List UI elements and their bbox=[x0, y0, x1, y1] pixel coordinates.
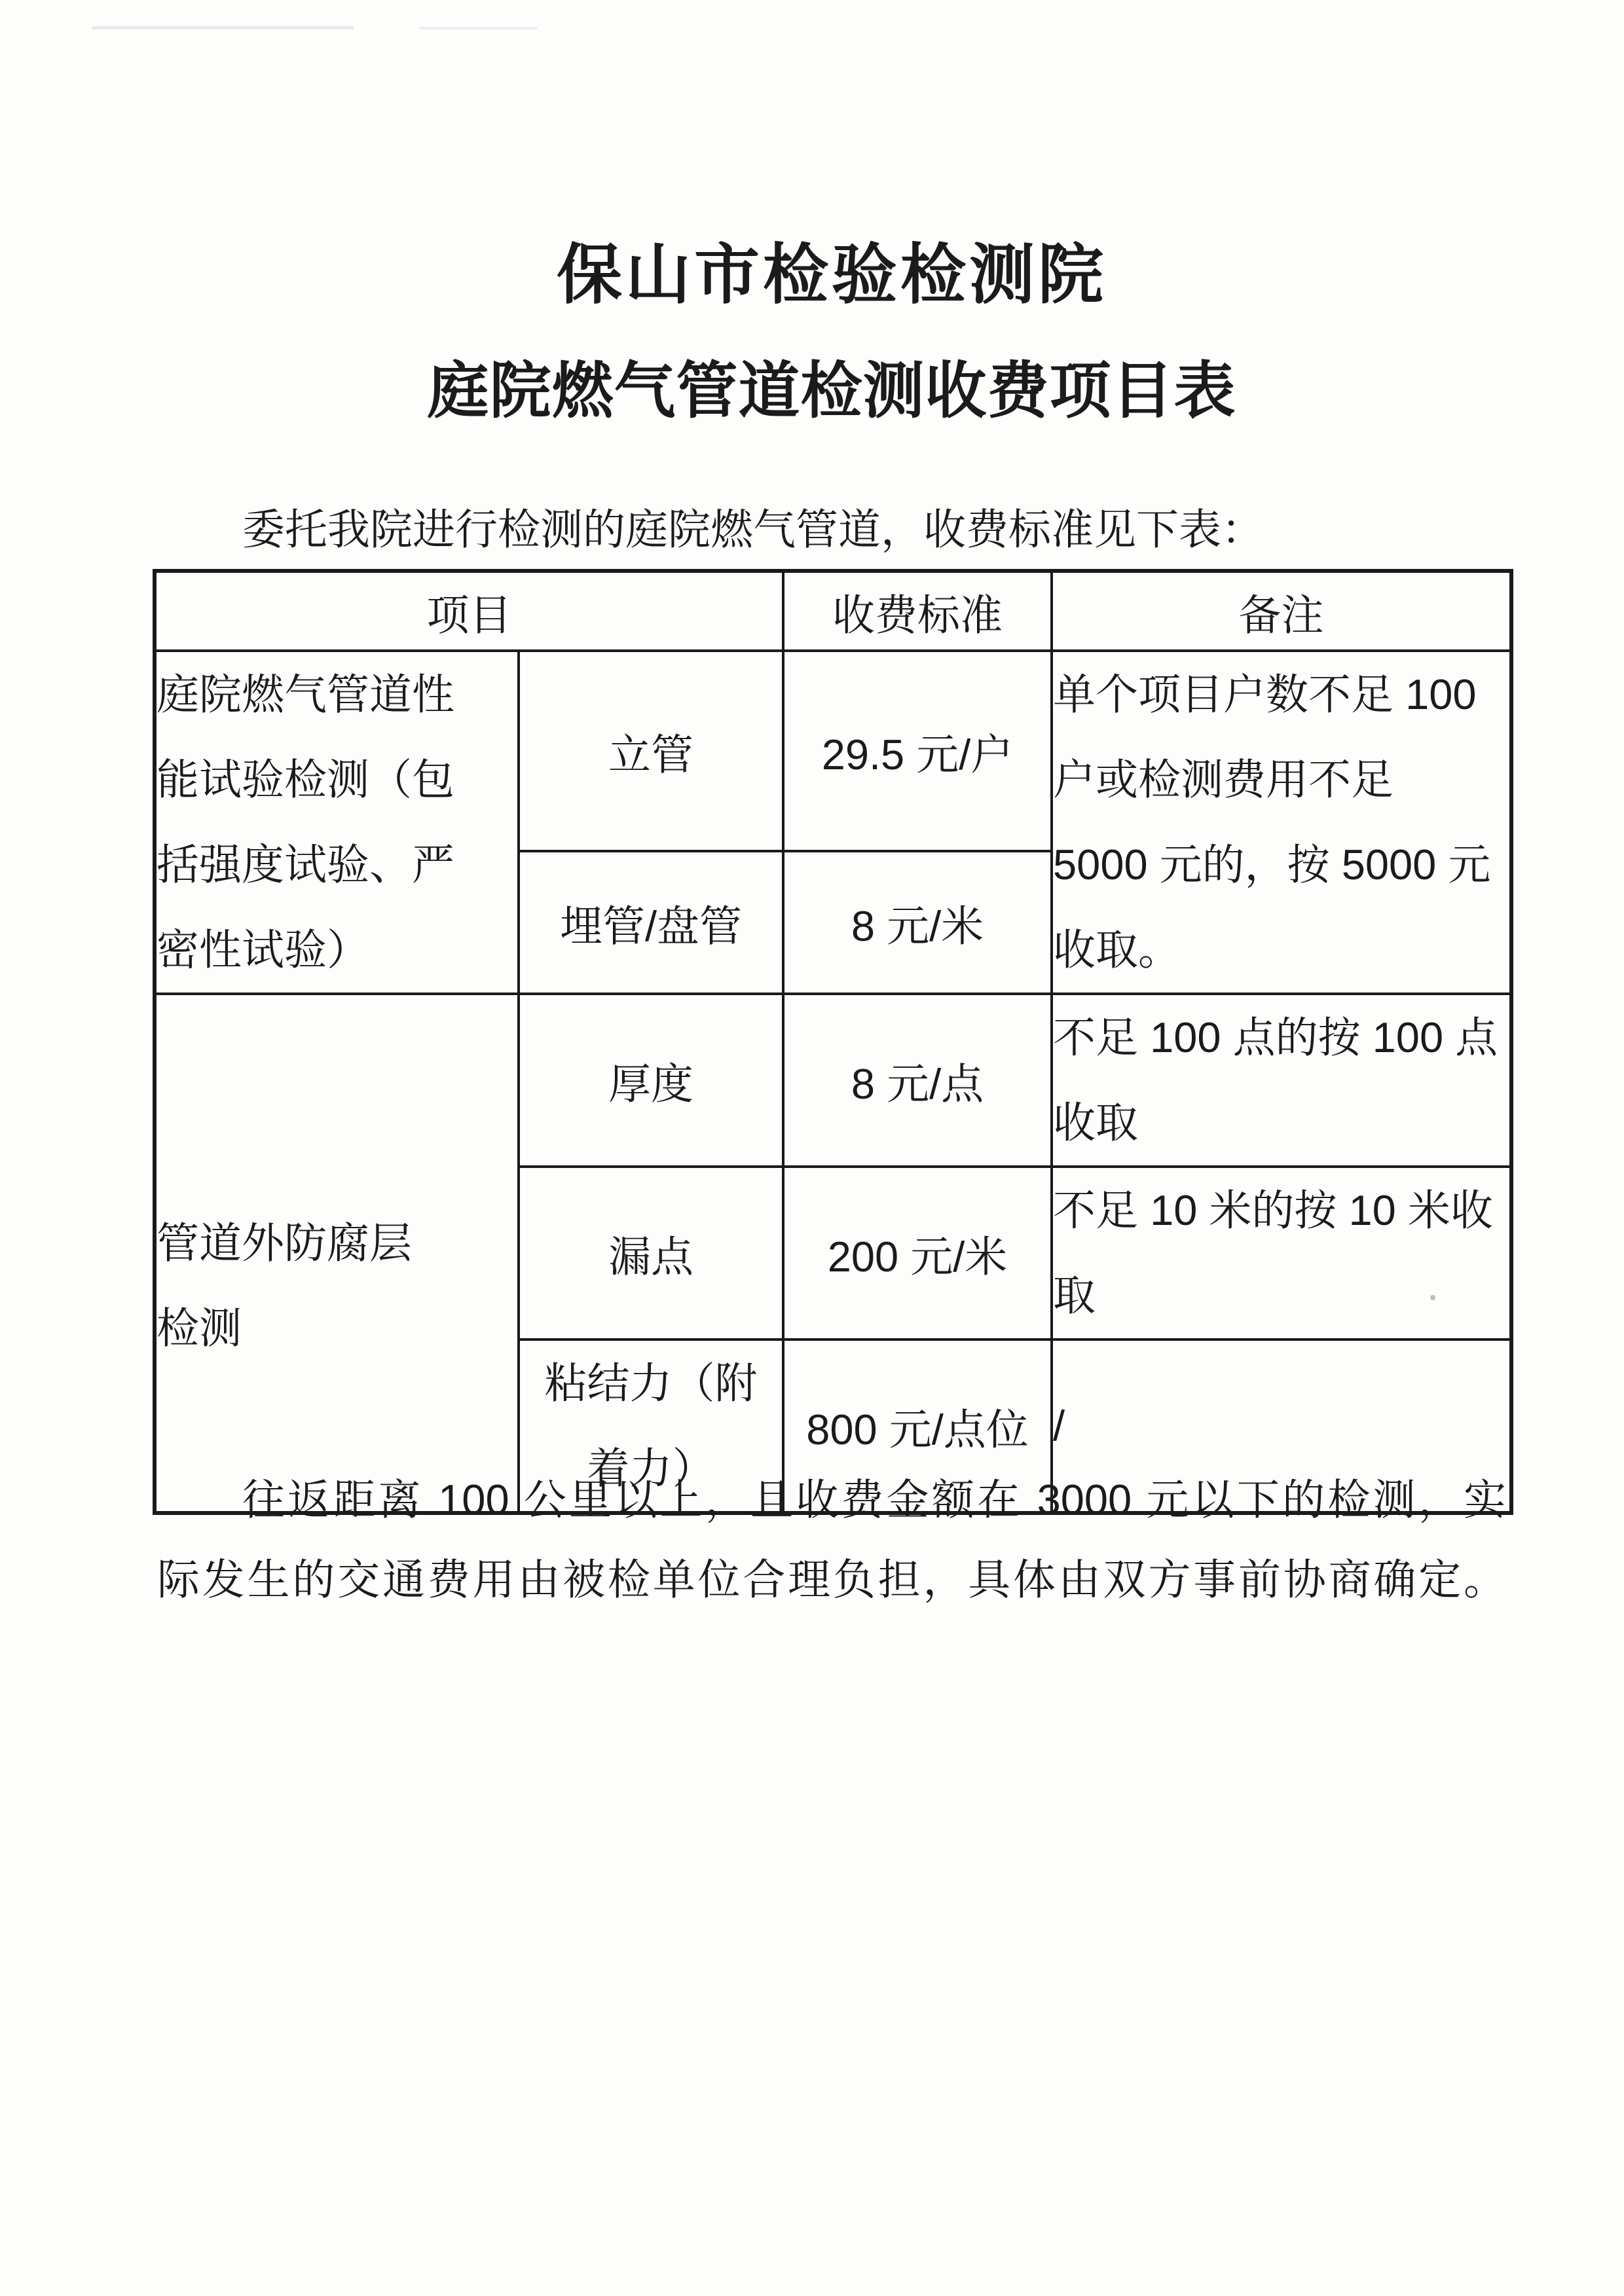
text-line: 5000 元的，按 5000 元 bbox=[1053, 822, 1509, 907]
text-line: 不足 100 点的按 100 点 bbox=[1053, 995, 1509, 1080]
text-line: 粘结力（附 bbox=[520, 1341, 782, 1426]
table-header-row: 项目 收费标准 备注 bbox=[155, 571, 1511, 651]
item-cell-thickness: 厚度 bbox=[519, 994, 783, 1167]
fee-cell-leak-point: 200 元/米 bbox=[783, 1167, 1052, 1339]
document-title: 保山市检验检测院 bbox=[157, 241, 1506, 310]
footnote-paragraph: 往返距离 100 公里以上，且收费金额在 3000 元以下的检测，实 际发生的交… bbox=[157, 1460, 1506, 1620]
remark-lines: / bbox=[1053, 1383, 1509, 1468]
header-item: 项目 bbox=[155, 571, 783, 651]
scan-artifact-streak bbox=[419, 27, 537, 29]
text-line: 单个项目户数不足 100 bbox=[1053, 652, 1509, 737]
document-page: 保山市检验检测院 庭院燃气管道检测收费项目表 委托我院进行检测的庭院燃气管道，收… bbox=[0, 0, 1624, 2296]
text-line: 密性试验） bbox=[157, 907, 517, 993]
text-line: 收取 bbox=[1053, 1080, 1509, 1165]
text-line: 户或检测费用不足 bbox=[1053, 737, 1509, 822]
document-subtitle: 庭院燃气管道检测收费项目表 bbox=[157, 357, 1506, 424]
text-line: 取 bbox=[1053, 1253, 1509, 1338]
fee-cell-buried-coil-pipe: 8 元/米 bbox=[783, 851, 1052, 994]
text-line: 检测 bbox=[157, 1286, 517, 1371]
remark-cell-performance-test: 单个项目户数不足 100 户或检测费用不足 5000 元的，按 5000 元 收… bbox=[1052, 651, 1511, 994]
header-remark: 备注 bbox=[1052, 571, 1511, 651]
header-fee: 收费标准 bbox=[783, 571, 1052, 651]
intro-paragraph: 委托我院进行检测的庭院燃气管道，收费标准见下表： bbox=[157, 504, 1506, 555]
item-cell-riser: 立管 bbox=[519, 651, 783, 851]
fee-cell-thickness: 8 元/点 bbox=[783, 994, 1052, 1167]
text-line: 括强度试验、严 bbox=[157, 822, 517, 907]
item-cell-buried-coil-pipe: 埋管/盘管 bbox=[519, 851, 783, 994]
fee-cell-riser: 29.5 元/户 bbox=[783, 651, 1052, 851]
fee-table: 项目 收费标准 备注 庭院燃气管道性 能试验检测（包 括强度试验、严 密性试验）… bbox=[153, 569, 1513, 1515]
group-label-lines: 庭院燃气管道性 能试验检测（包 括强度试验、严 密性试验） bbox=[157, 652, 517, 993]
scan-artifact-streak bbox=[92, 26, 354, 29]
remark-cell-thickness: 不足 100 点的按 100 点 收取 bbox=[1052, 994, 1511, 1167]
table-row-thickness: 管道外防腐层 检测 厚度 8 元/点 不足 100 点的按 100 点 收取 bbox=[155, 994, 1511, 1167]
item-cell-leak-point: 漏点 bbox=[519, 1167, 783, 1339]
text-line: / bbox=[1053, 1383, 1509, 1468]
text-line: 庭院燃气管道性 bbox=[157, 652, 517, 737]
text-line: 能试验检测（包 bbox=[157, 737, 517, 822]
remark-lines: 不足 100 点的按 100 点 收取 bbox=[1053, 995, 1509, 1165]
remark-lines: 不足 10 米的按 10 米收 取 bbox=[1053, 1168, 1509, 1338]
remark-lines: 单个项目户数不足 100 户或检测费用不足 5000 元的，按 5000 元 收… bbox=[1053, 652, 1509, 993]
table-row-riser: 庭院燃气管道性 能试验检测（包 括强度试验、严 密性试验） 立管 29.5 元/… bbox=[155, 651, 1511, 851]
remark-cell-leak-point: 不足 10 米的按 10 米收 取 bbox=[1052, 1167, 1511, 1339]
group-label-lines: 管道外防腐层 检测 bbox=[157, 1201, 517, 1371]
text-line: 收取。 bbox=[1053, 907, 1509, 993]
footnote-line: 往返距离 100 公里以上，且收费金额在 3000 元以下的检测，实 bbox=[157, 1460, 1506, 1540]
text-line: 管道外防腐层 bbox=[157, 1201, 517, 1286]
footnote-line: 际发生的交通费用由被检单位合理负担，具体由双方事前协商确定。 bbox=[157, 1540, 1506, 1620]
group-label-cell-performance-test: 庭院燃气管道性 能试验检测（包 括强度试验、严 密性试验） bbox=[155, 651, 519, 994]
group-label-cell-anticorrosion-coating: 管道外防腐层 检测 bbox=[155, 994, 519, 1513]
text-line: 不足 10 米的按 10 米收 bbox=[1053, 1168, 1509, 1253]
